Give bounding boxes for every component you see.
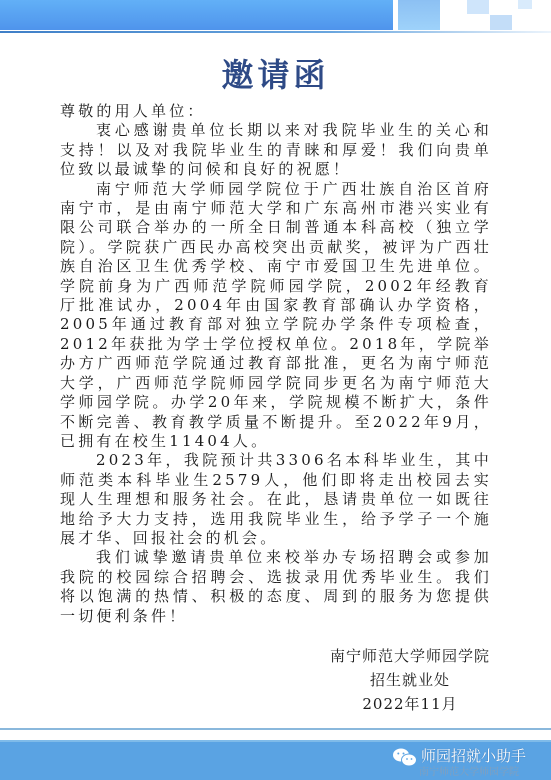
signature-block: 南宁师范大学师园学院 招生就业处 2022年11月	[300, 644, 520, 716]
signature-organization: 南宁师范大学师园学院	[300, 644, 520, 668]
paragraph-graduates: 2023年，我院预计共3306名本科毕业生，其中师范类本科毕业生2579人，他们…	[60, 451, 492, 548]
paragraph-thanks: 衷心感谢贵单位长期以来对我院毕业生的关心和支持！以及对我院毕业生的青睐和厚爱！我…	[60, 121, 492, 179]
footer-divider	[0, 728, 551, 730]
decorative-square	[518, 0, 532, 9]
header-banner	[0, 0, 393, 30]
header-divider	[0, 31, 551, 33]
watermark-text: 南宁师范大学师园学院	[419, 763, 519, 778]
salutation: 尊敬的用人单位：	[60, 102, 492, 121]
signature-date: 2022年11月	[300, 692, 520, 716]
footer-banner-edge	[0, 740, 551, 742]
decorative-square	[490, 15, 512, 30]
wechat-icon	[392, 747, 418, 767]
paragraph-introduction: 南宁师范大学师园学院位于广西壮族自治区首府南宁市，是由南宁师范大学和广东高州市港…	[60, 180, 492, 452]
page-title: 邀请函	[0, 50, 551, 96]
letter-body: 尊敬的用人单位： 衷心感谢贵单位长期以来对我院毕业生的关心和支持！以及对我院毕业…	[60, 102, 492, 626]
decorative-square	[467, 0, 489, 14]
decorative-square	[398, 0, 440, 30]
paragraph-invitation: 我们诚挚邀请贵单位来校举办专场招聘会或参加我院的校园综合招聘会、选拔录用优秀毕业…	[60, 548, 492, 626]
signature-department: 招生就业处	[300, 668, 520, 692]
